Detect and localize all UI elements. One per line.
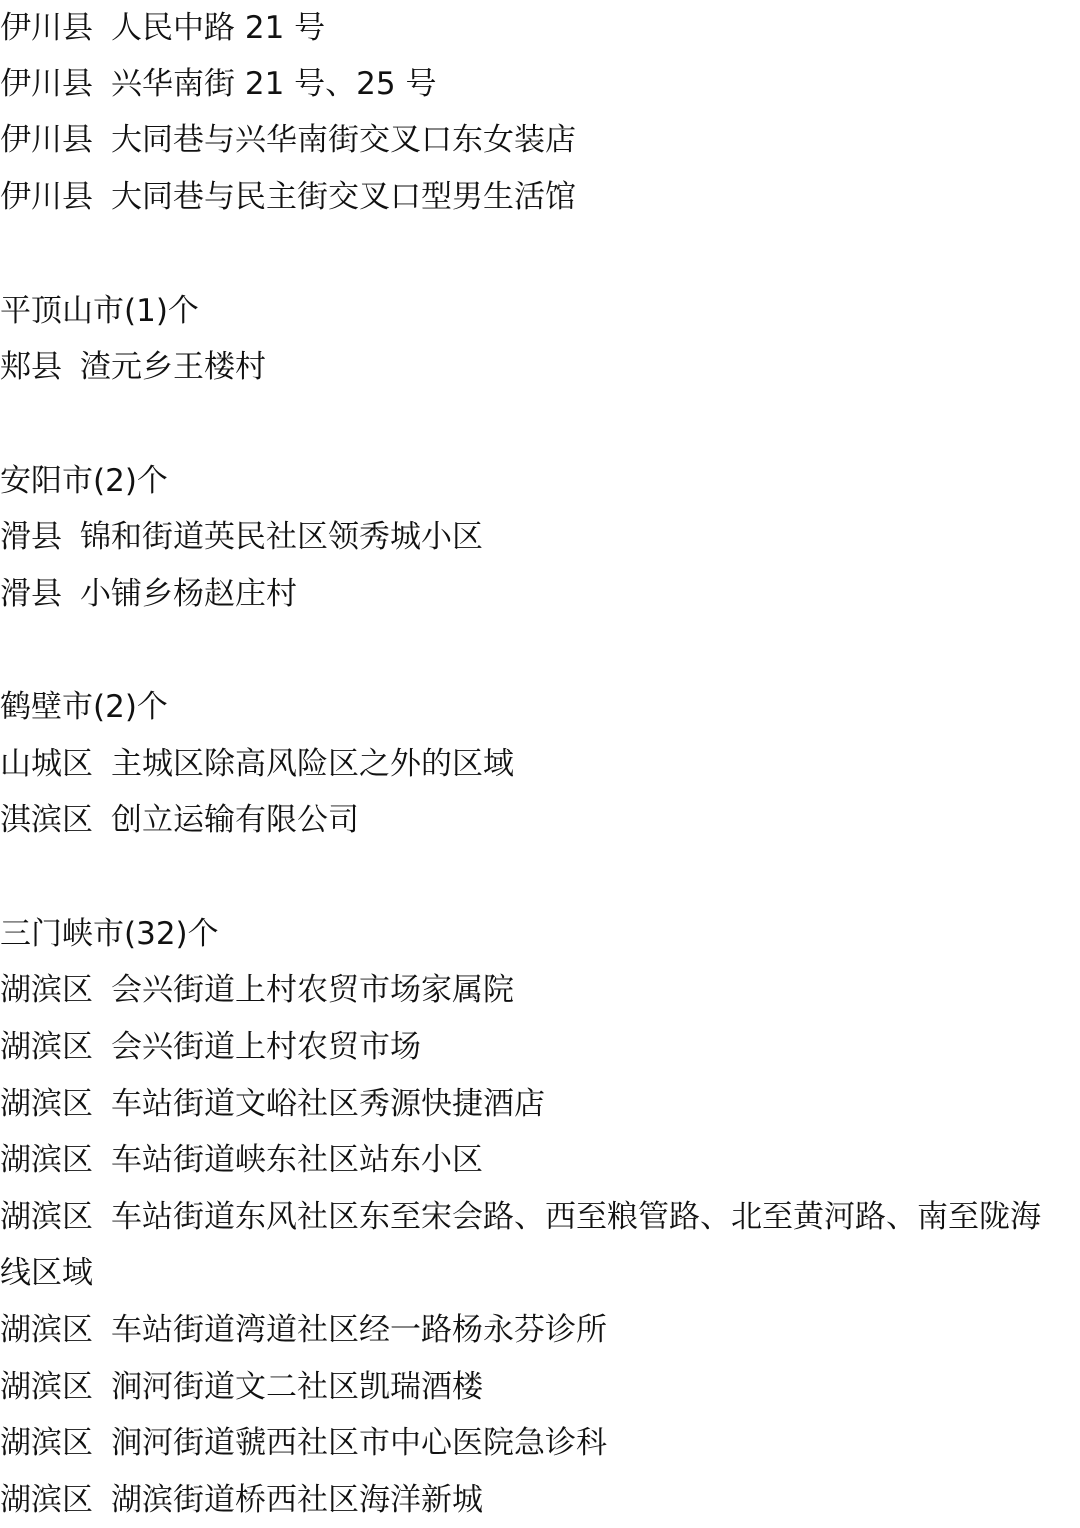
district-name: 湖滨区 (0, 1472, 93, 1528)
place-name: 会兴街道上村农贸市场家属院 (111, 972, 514, 1008)
place-name: 大同巷与兴华南街交叉口东女装店 (111, 122, 576, 158)
district-name: 淇滨区 (0, 792, 93, 848)
list-item: 湖滨区湖滨街道桥西社区海洋新城 (0, 1472, 483, 1528)
district-name: 滑县 (0, 509, 62, 565)
list-item: 伊川县兴华南街 21 号、25 号 (0, 56, 436, 112)
list-item: 伊川县人民中路 21 号 (0, 0, 325, 56)
list-item: 伊川县大同巷与民主街交叉口型男生活馆 (0, 169, 576, 225)
list-item: 湖滨区车站街道湾道社区经一路杨永芬诊所 (0, 1302, 607, 1358)
place-name: 大同巷与民主街交叉口型男生活馆 (111, 179, 576, 215)
district-name: 湖滨区 (0, 1189, 93, 1245)
district-name: 湖滨区 (0, 1415, 93, 1471)
list-item-continuation: 线区域 (0, 1245, 93, 1301)
district-name: 伊川县 (0, 56, 93, 112)
place-name: 渣元乡王楼村 (80, 349, 266, 385)
district-name: 滑县 (0, 566, 62, 622)
district-name: 伊川县 (0, 112, 93, 168)
district-name: 湖滨区 (0, 1132, 93, 1188)
place-name: 车站街道峡东社区站东小区 (111, 1142, 483, 1178)
district-name: 湖滨区 (0, 1302, 93, 1358)
place-name: 车站街道文峪社区秀源快捷酒店 (111, 1086, 545, 1122)
list-item: 滑县锦和街道英民社区领秀城小区 (0, 509, 483, 565)
list-item: 湖滨区会兴街道上村农贸市场 (0, 1019, 421, 1075)
city-heading-text: 三门峡市(32)个 (0, 916, 219, 952)
list-item: 山城区主城区除高风险区之外的区域 (0, 736, 514, 792)
place-name: 创立运输有限公司 (111, 802, 359, 838)
place-name: 兴华南街 21 号、25 号 (111, 66, 436, 102)
list-item: 湖滨区车站街道东风社区东至宋会路、西至粮管路、北至黄河路、南至陇海 (0, 1189, 1041, 1245)
place-name: 会兴街道上村农贸市场 (111, 1029, 421, 1065)
city-heading-text: 安阳市(2)个 (0, 463, 168, 499)
place-name: 车站街道东风社区东至宋会路、西至粮管路、北至黄河路、南至陇海 (111, 1199, 1041, 1235)
place-name: 小铺乡杨赵庄村 (80, 576, 297, 612)
list-item: 滑县小铺乡杨赵庄村 (0, 566, 297, 622)
place-name-continuation: 线区域 (0, 1255, 93, 1291)
place-name: 人民中路 21 号 (111, 10, 325, 46)
district-name: 山城区 (0, 736, 93, 792)
place-name: 主城区除高风险区之外的区域 (111, 746, 514, 782)
district-name: 湖滨区 (0, 1019, 93, 1075)
city-heading-text: 鹤壁市(2)个 (0, 689, 168, 725)
city-heading: 三门峡市(32)个 (0, 906, 219, 962)
city-heading: 平顶山市(1)个 (0, 283, 199, 339)
city-heading-text: 平顶山市(1)个 (0, 293, 199, 329)
district-name: 湖滨区 (0, 1359, 93, 1415)
district-name: 湖滨区 (0, 1076, 93, 1132)
place-name: 湖滨街道桥西社区海洋新城 (111, 1482, 483, 1518)
list-item: 湖滨区车站街道峡东社区站东小区 (0, 1132, 483, 1188)
city-heading: 安阳市(2)个 (0, 453, 168, 509)
list-item: 湖滨区会兴街道上村农贸市场家属院 (0, 962, 514, 1018)
list-item: 伊川县大同巷与兴华南街交叉口东女装店 (0, 112, 576, 168)
district-name: 伊川县 (0, 0, 93, 56)
district-name: 湖滨区 (0, 962, 93, 1018)
city-heading: 鹤壁市(2)个 (0, 679, 168, 735)
list-item: 湖滨区涧河街道虢西社区市中心医院急诊科 (0, 1415, 607, 1471)
district-name: 伊川县 (0, 169, 93, 225)
list-item: 湖滨区车站街道文峪社区秀源快捷酒店 (0, 1076, 545, 1132)
district-name: 郏县 (0, 339, 62, 395)
list-item: 湖滨区涧河街道文二社区凯瑞酒楼 (0, 1359, 483, 1415)
list-item: 郏县渣元乡王楼村 (0, 339, 266, 395)
place-name: 锦和街道英民社区领秀城小区 (80, 519, 483, 555)
place-name: 涧河街道文二社区凯瑞酒楼 (111, 1369, 483, 1405)
place-name: 车站街道湾道社区经一路杨永芬诊所 (111, 1312, 607, 1348)
place-name: 涧河街道虢西社区市中心医院急诊科 (111, 1425, 607, 1461)
list-item: 淇滨区创立运输有限公司 (0, 792, 359, 848)
